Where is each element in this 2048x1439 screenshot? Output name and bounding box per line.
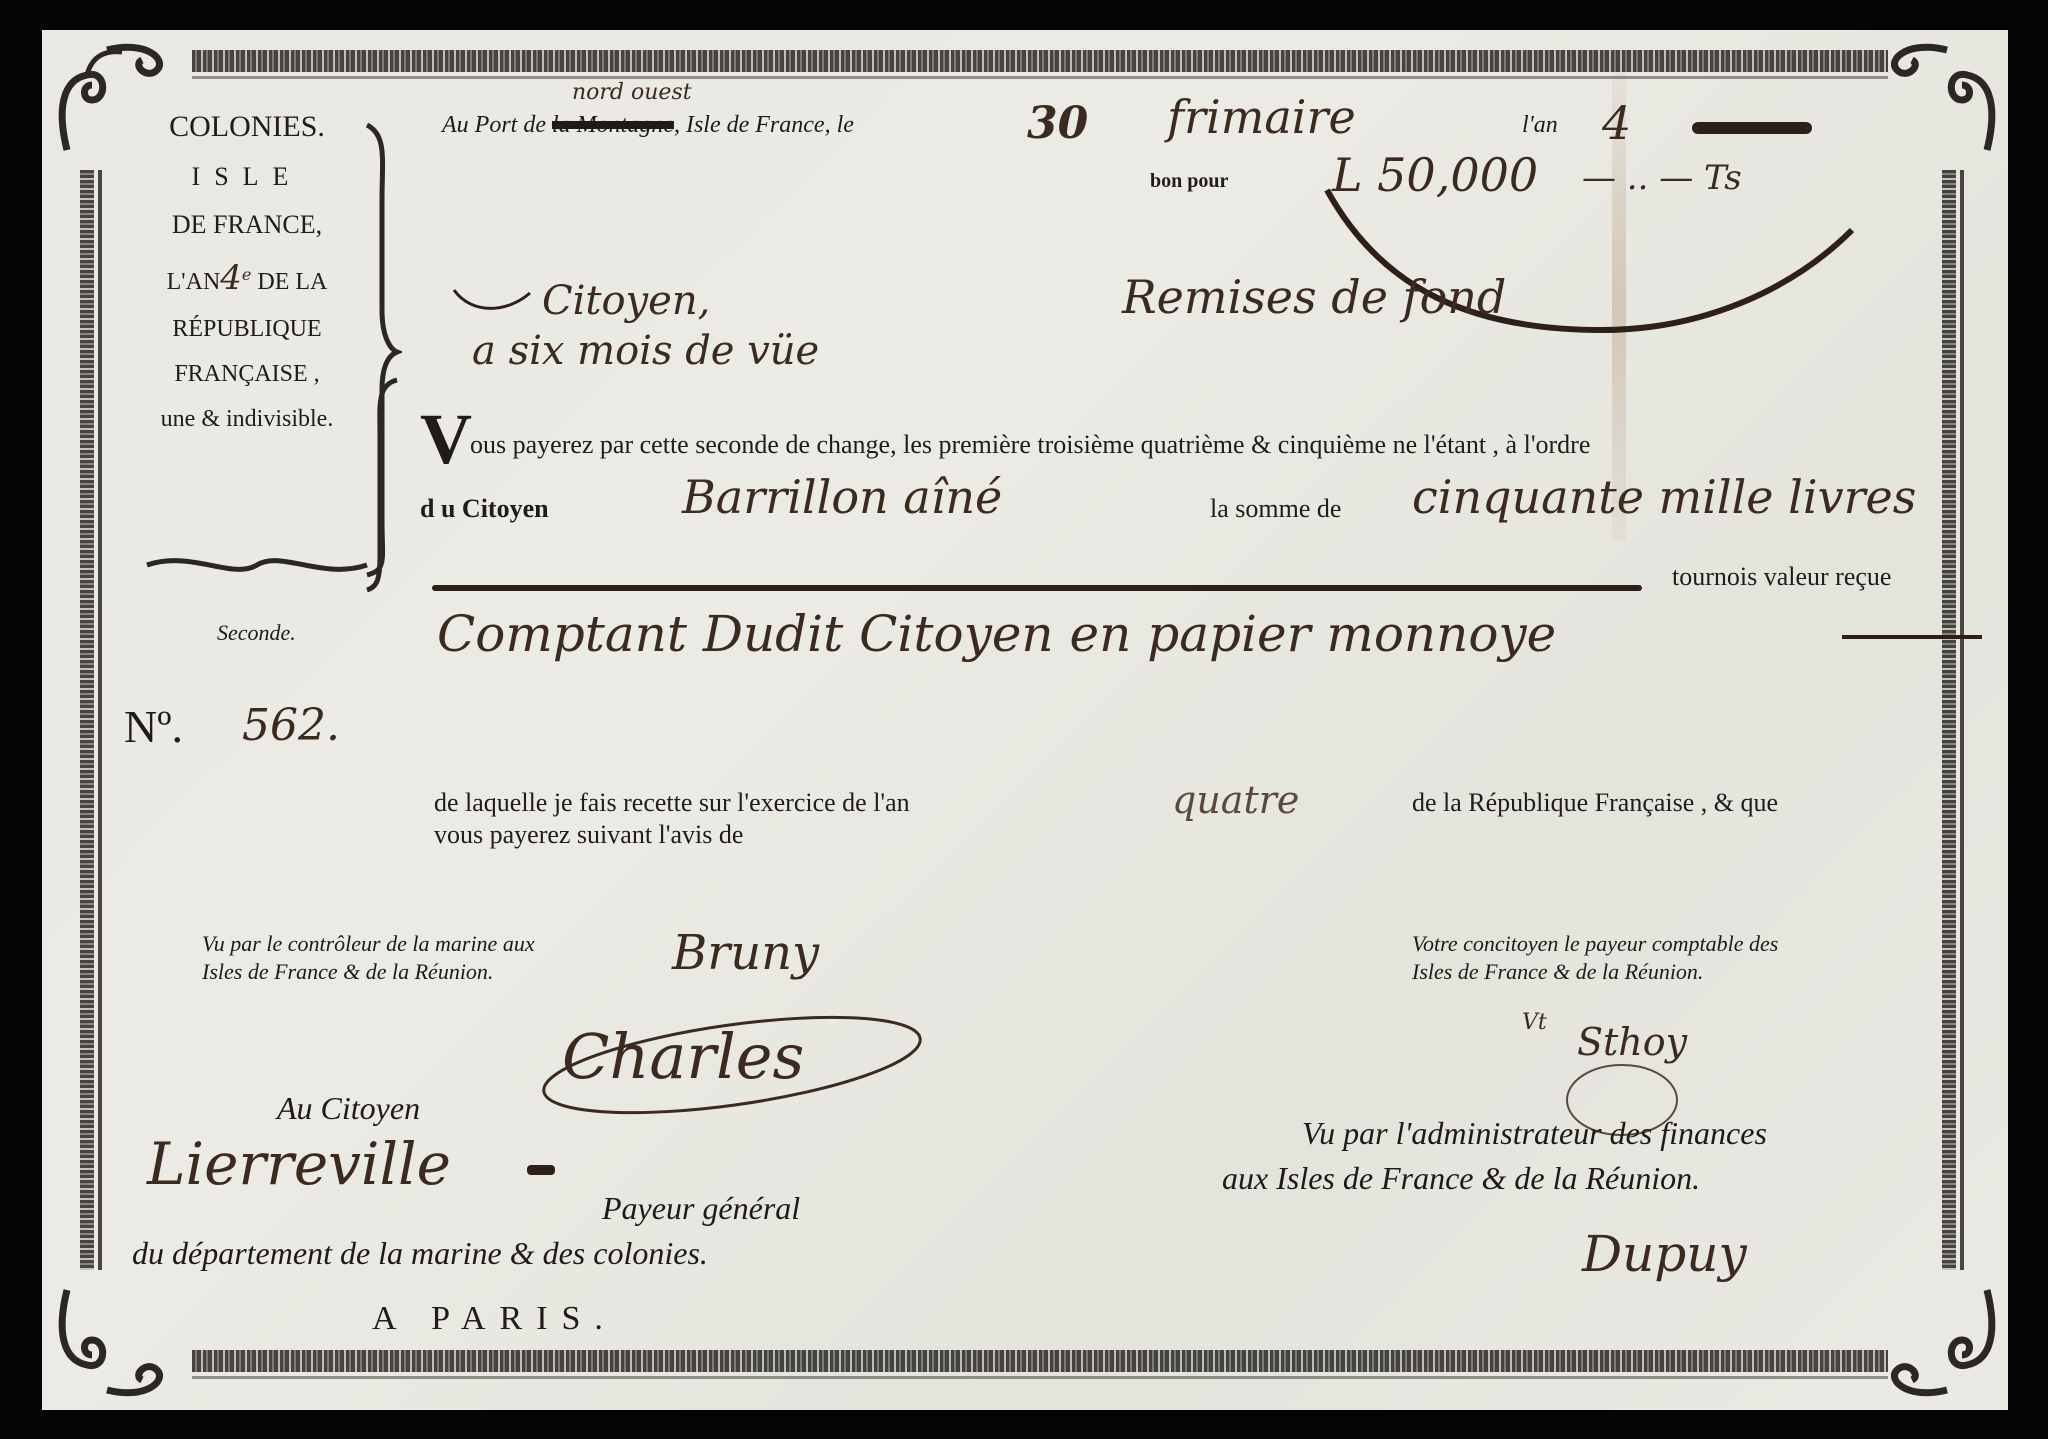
- ornamental-border-left: [80, 170, 94, 1270]
- order-prefix: d u Citoyen: [420, 494, 549, 524]
- republique-label: RÉPUBLIQUE: [122, 316, 372, 343]
- fill-line-mark: [432, 585, 1642, 591]
- controller-attestation: Vu par le contrôleur de la marine aux Is…: [202, 930, 535, 986]
- payment-term: a six mois de vüe: [472, 328, 819, 374]
- payer-signature: Sthoy: [1577, 1020, 1687, 1064]
- sum-label: la somme de: [1210, 494, 1341, 524]
- ornamental-border-right: [1942, 170, 1956, 1270]
- year-label: l'an: [1522, 112, 1558, 139]
- remittance-annotation: Remises de fond: [1122, 270, 1506, 324]
- ornamental-border-top: [192, 50, 1888, 72]
- addressee-title-1: Payeur général: [602, 1190, 800, 1227]
- brace-decoration-icon: [362, 375, 402, 595]
- addressee-city: A PARIS.: [372, 1300, 617, 1338]
- year-superscript: e: [242, 265, 251, 284]
- corner-scroll-ornament-icon: [47, 1280, 177, 1410]
- admin-text-1: Vu par l'administrateur des finances: [1302, 1115, 1767, 1152]
- de-la-label: DE LA: [257, 269, 327, 295]
- signature-flourish-icon: [532, 1010, 932, 1120]
- salutation-flourish-icon: [452, 285, 532, 315]
- payer-attestation: Votre concitoyen le payeur comptable des…: [1412, 930, 1778, 986]
- exercise-text: de laquelle je fais recette sur l'exerci…: [434, 788, 910, 818]
- date-day: 30: [1027, 98, 1088, 149]
- drop-cap: V: [420, 398, 472, 481]
- addressee-label: Au Citoyen: [277, 1090, 420, 1127]
- addressee-title-2: du département de la marine & des coloni…: [132, 1235, 708, 1272]
- value-received: Comptant Dudit Citoyen en papier monnoye: [437, 605, 1556, 663]
- lan-label: L'AN: [167, 269, 221, 295]
- corner-scroll-ornament-icon: [1877, 1280, 2007, 1410]
- date-month: frimaire: [1167, 90, 1356, 144]
- colonies-label: COLONIES.: [122, 110, 372, 144]
- corner-scroll-ornament-icon: [1877, 30, 2007, 160]
- place-prefix: Au Port de: [442, 112, 546, 138]
- advice-text: vous payerez suivant l'avis de: [434, 820, 743, 850]
- exercise-suffix: de la République Française , & que: [1412, 788, 1778, 818]
- main-clause: ous payerez par cette seconde de change,…: [470, 430, 1590, 460]
- dash-mark: [527, 1165, 555, 1175]
- admin-signature: Dupuy: [1582, 1225, 1747, 1283]
- une-indivisible-label: une & indivisible.: [122, 406, 372, 433]
- bill-number: 562.: [242, 700, 340, 751]
- bon-pour-label: bon pour: [1150, 170, 1228, 193]
- year-of-republic-line: L'AN4e DE LA: [122, 258, 372, 298]
- year-value: 4: [1602, 96, 1631, 150]
- handwritten-year: 4: [220, 258, 242, 298]
- payer-text-line: Isles de France & de la Réunion.: [1412, 958, 1778, 986]
- year-strike-mark: [1692, 122, 1812, 134]
- controller-text-line: Vu par le contrôleur de la marine aux: [202, 930, 535, 958]
- sum-in-words: cinquante mille livres: [1412, 470, 1916, 524]
- payer-text-line: Votre concitoyen le payeur comptable des: [1412, 930, 1778, 958]
- number-label: Nº.: [124, 700, 183, 753]
- salutation: Citoyen,: [542, 278, 710, 324]
- controller-signature-1: Bruny: [672, 925, 819, 981]
- fill-line-mark: [1842, 635, 1982, 639]
- francaise-label: FRANÇAISE ,: [122, 361, 372, 388]
- controller-text-line: Isles de France & de la Réunion.: [202, 958, 535, 986]
- de-france-label: DE FRANCE,: [122, 210, 372, 240]
- ornamental-border-bottom: [192, 1350, 1888, 1372]
- flourish-divider-icon: [142, 550, 372, 580]
- colonies-heading-block: COLONIES. ISLE DE FRANCE, L'AN4e DE LA R…: [122, 110, 372, 451]
- bill-of-exchange-document: COLONIES. ISLE DE FRANCE, L'AN4e DE LA R…: [42, 30, 2008, 1410]
- tournois-text: tournois valeur reçue: [1672, 562, 1891, 592]
- admin-text-2: aux Isles de France & de la Réunion.: [1222, 1160, 1700, 1197]
- place-correction: nord ouest: [572, 80, 692, 105]
- seconde-label: Seconde.: [217, 620, 296, 646]
- addressee-name: Lierreville: [147, 1130, 451, 1198]
- place-date-line: Au Port de la Montagne, Isle de France, …: [442, 112, 854, 139]
- payer-signature-prefix: Vt: [1522, 1010, 1547, 1035]
- payee-name: Barrillon aîné: [682, 470, 1002, 524]
- struck-place-name: la Montagne: [552, 112, 674, 138]
- place-suffix: , Isle de France, le: [674, 112, 854, 138]
- isle-label: ISLE: [122, 162, 372, 192]
- exercise-year: quatre: [1172, 778, 1299, 822]
